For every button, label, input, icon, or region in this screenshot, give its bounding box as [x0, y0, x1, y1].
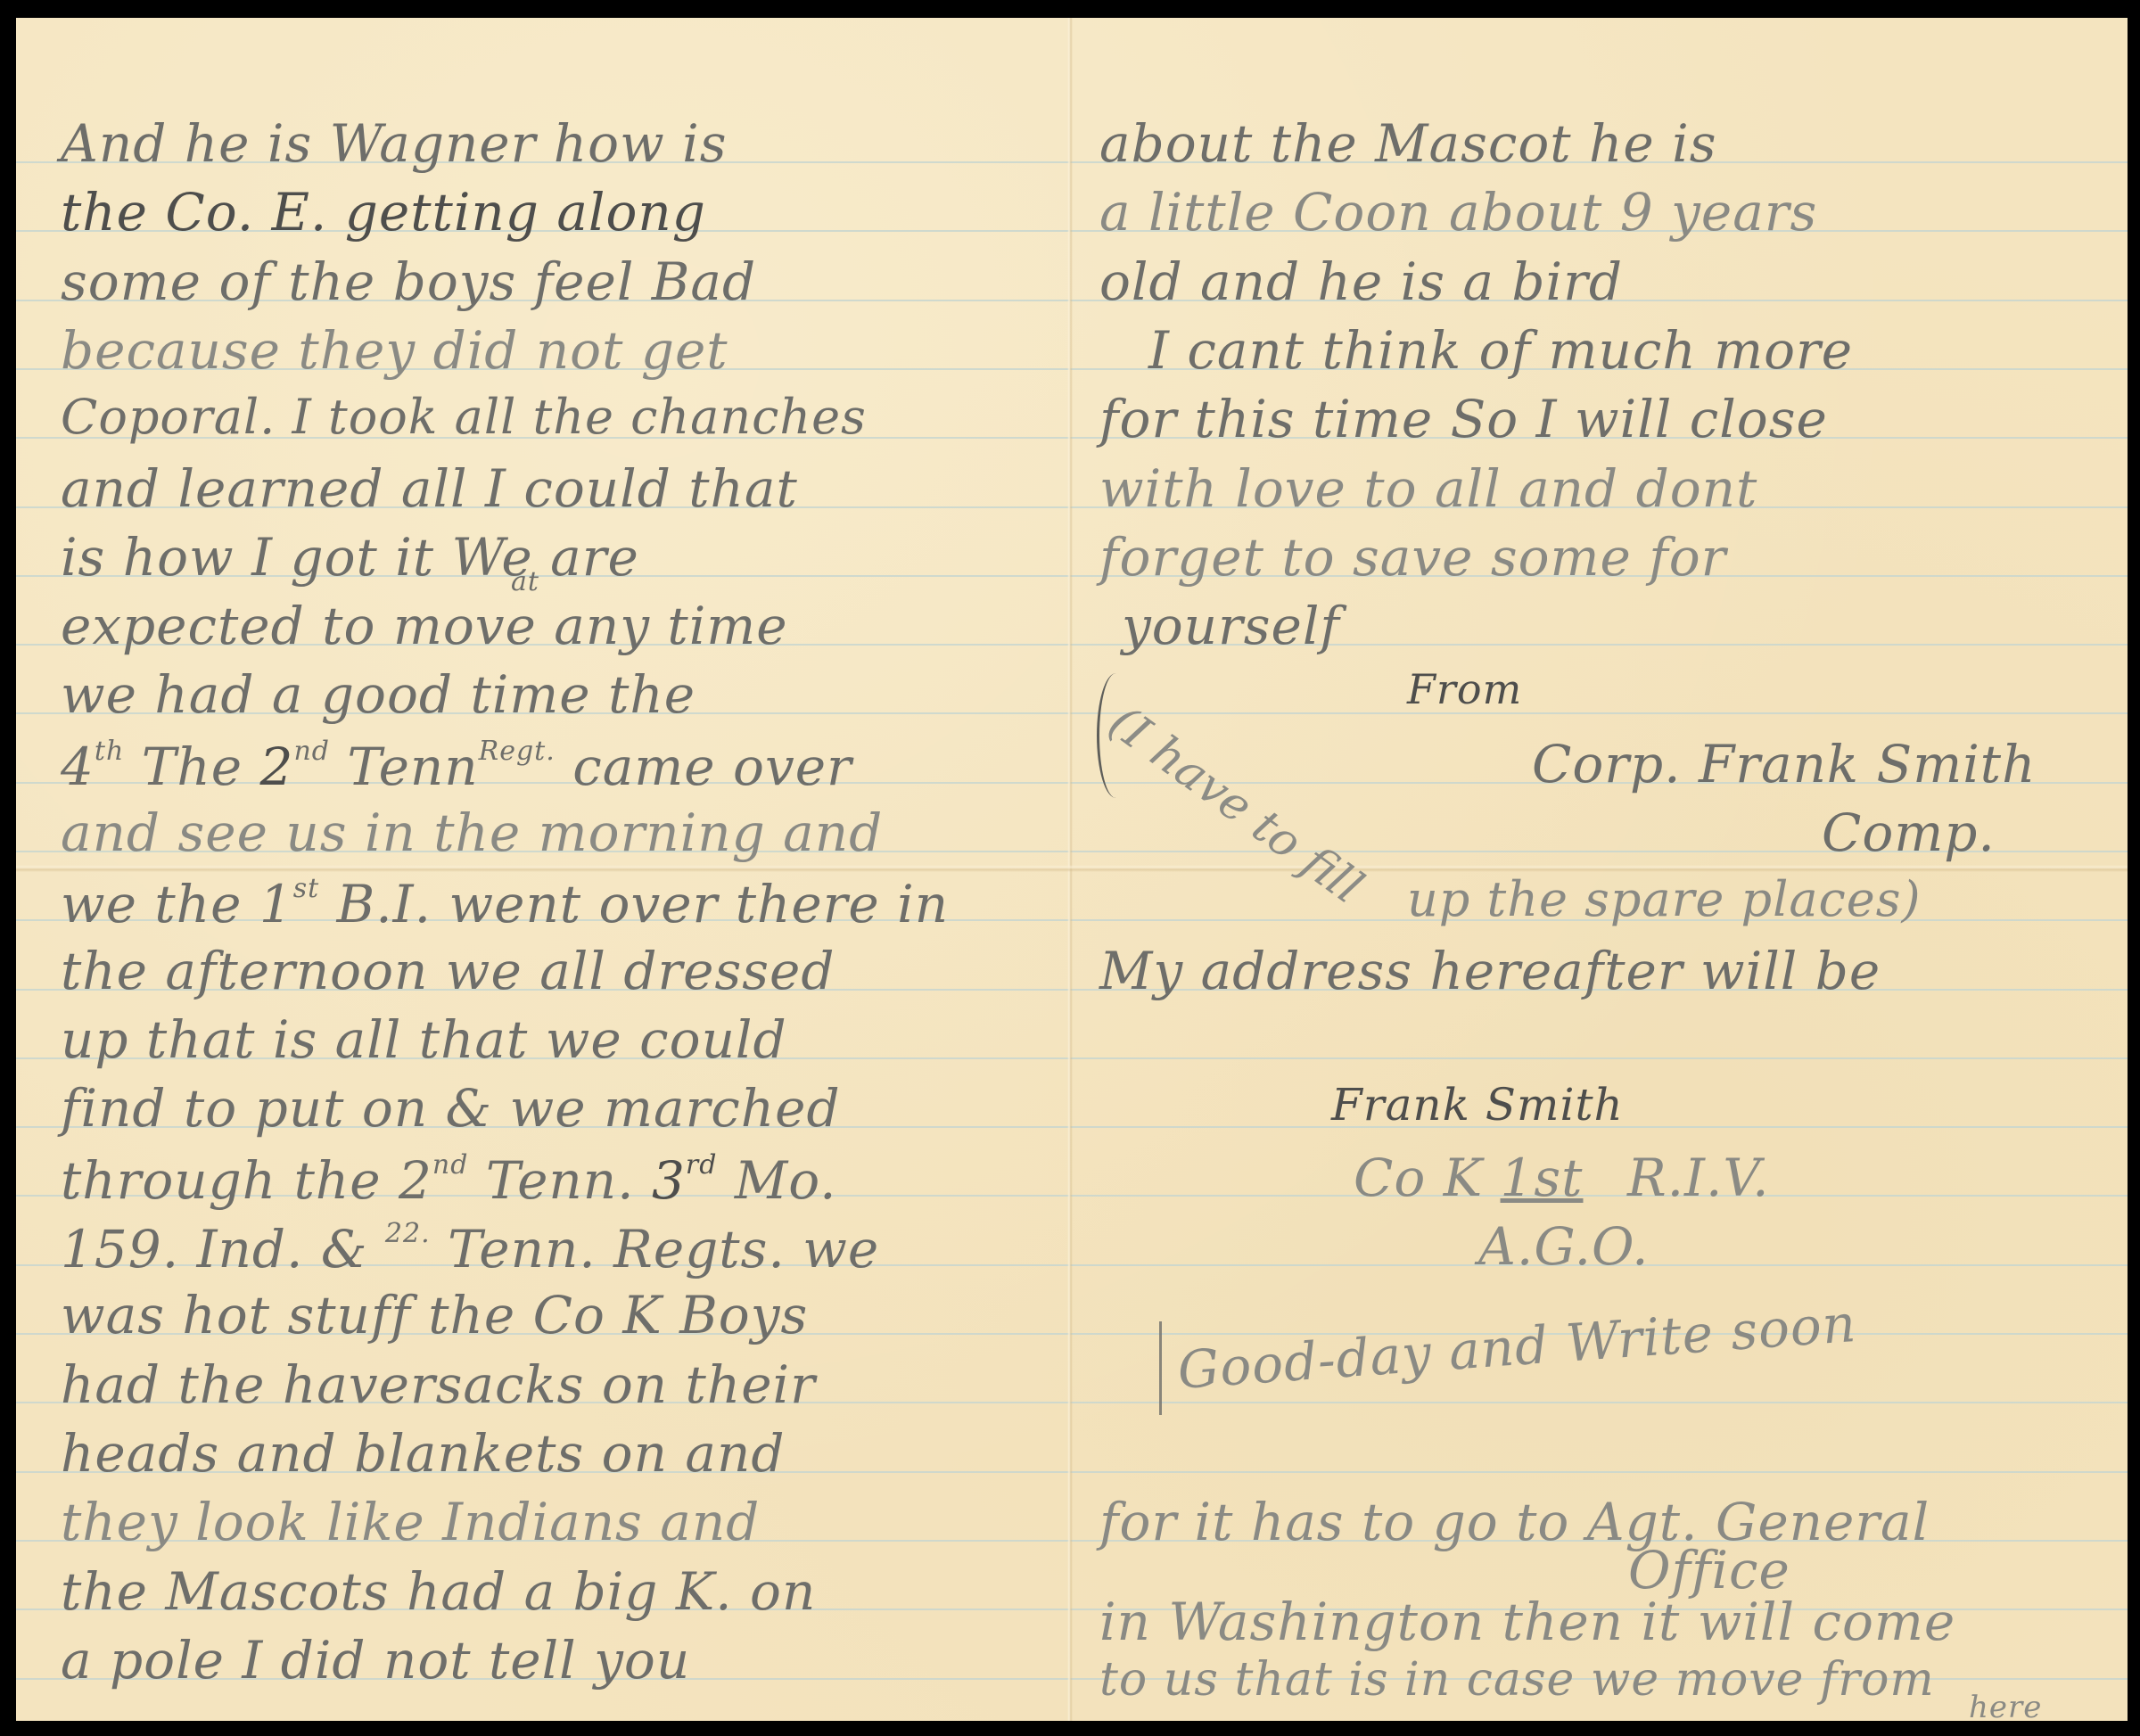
letter-line: heads and blankets on and	[61, 1427, 785, 1479]
letter-line: for it has to go to Agt. General	[1099, 1496, 1930, 1548]
letter-text: came over	[572, 736, 852, 797]
letter-line: some of the boys feel Bad	[61, 256, 756, 308]
letter-line: we had a good time the	[61, 669, 695, 720]
letter-line: yourself	[1122, 600, 1340, 652]
ordinal-number: 3	[652, 1150, 686, 1211]
address-office: A.G.O.	[1478, 1221, 1650, 1272]
letter-text: through the	[61, 1150, 382, 1211]
letter-line: forget to save some for	[1099, 531, 1726, 583]
ordinal-suffix: nd	[432, 1149, 469, 1181]
letter-line: was hot stuff the Co K Boys	[61, 1289, 808, 1341]
letter-text: went over there in	[449, 874, 949, 934]
ordinal-suffix: th	[95, 736, 124, 767]
address-company: Co K	[1354, 1148, 1483, 1208]
letter-line: because they did not get	[61, 325, 728, 376]
letter-line: the afternoon we all dressed	[61, 945, 835, 997]
ordinal-number: 2	[260, 736, 294, 797]
letter-line: we the 1st B.I. went over there in	[61, 876, 949, 930]
letter-line: and learned all I could that	[61, 463, 798, 514]
regiment-number: 22.	[385, 1218, 431, 1249]
closing-good-day: Good-day and Write soon	[1176, 1297, 1858, 1396]
letter-text: Tenn	[347, 736, 478, 797]
letter-text: 159. Ind. &	[61, 1219, 367, 1279]
letter-sheet: And he is Wagner how is the Co. E. getti…	[16, 18, 2128, 1721]
address-name: Frank Smith	[1331, 1082, 1624, 1127]
continuation-word: here	[1969, 1692, 2042, 1721]
letter-text: B.I.	[337, 874, 432, 934]
address-unit: Co K 1st R.I.V.	[1354, 1152, 1770, 1204]
letter-text: Mo.	[735, 1150, 837, 1211]
letter-line: expected to move any time	[61, 600, 788, 652]
margin-annotation: (I have to fill	[1099, 695, 1372, 915]
letter-line: Office	[1628, 1544, 1790, 1596]
letter-text: expected to move any time	[61, 596, 788, 656]
ordinal-suffix: rd	[686, 1149, 718, 1181]
letter-line: a little Coon about 9 years	[1099, 186, 1817, 238]
ordinal-suffix: st	[293, 873, 319, 904]
letter-line: about the Mascot he is	[1099, 118, 1716, 169]
letter-line: Coporal. I took all the chanches	[61, 393, 867, 441]
letter-text: Tenn. Regts. we	[448, 1219, 879, 1279]
regiment-abbrev: Regt.	[479, 736, 556, 767]
letter-line: had the haversacks on their	[61, 1359, 816, 1411]
letter-line: the Mascots had a big K. on	[61, 1566, 816, 1617]
letter-line: they look like Indians and	[61, 1496, 760, 1548]
address-state-vol: R.I.V.	[1627, 1148, 1770, 1208]
address-regiment: 1st	[1501, 1148, 1584, 1208]
closing-from: From	[1407, 669, 1522, 710]
letter-line: I cant think of much more	[1148, 325, 1853, 376]
letter-line: find to put on & we marched	[61, 1082, 841, 1134]
letter-text: we the 1	[61, 874, 293, 934]
signature-comp: Comp.	[1822, 807, 1996, 859]
ordinal-number: 4	[61, 736, 95, 797]
letter-line: in Washington then it will come	[1099, 1596, 1955, 1648]
letter-line: 4th The 2nd TennRegt. came over	[61, 738, 852, 793]
good-day-bracket	[1159, 1321, 1162, 1415]
margin-annotation-cont: up the spare places)	[1407, 876, 1922, 924]
address-intro: My address hereafter will be	[1099, 945, 1881, 997]
letter-line: up that is all that we could	[61, 1014, 787, 1065]
letter-line: to us that is in case we move from	[1099, 1657, 1935, 1703]
letter-line: with love to all and dont	[1099, 463, 1757, 514]
letter-line: and see us in the morning and	[61, 807, 883, 859]
ordinal-suffix: nd	[293, 736, 330, 767]
letter-text: Tenn.	[486, 1150, 635, 1211]
letter-line: for this time So I will close	[1099, 393, 1828, 445]
letter-line: the Co. E. getting along	[61, 186, 706, 238]
letter-line: And he is Wagner how is	[61, 118, 727, 169]
letter-line: through the 2nd Tenn. 3rd Mo.	[61, 1152, 837, 1206]
signature-name: Corp. Frank Smith	[1532, 738, 2036, 790]
letter-text: The	[142, 736, 243, 797]
letter-line: 159. Ind. & 22. Tenn. Regts. we	[61, 1221, 879, 1275]
insertion-at: at	[511, 569, 539, 596]
letter-line: old and he is a bird	[1099, 256, 1623, 308]
ordinal-number: 2	[399, 1150, 432, 1211]
letter-line: is how I got it We are	[61, 531, 639, 583]
letter-line: a pole I did not tell you	[61, 1634, 690, 1686]
